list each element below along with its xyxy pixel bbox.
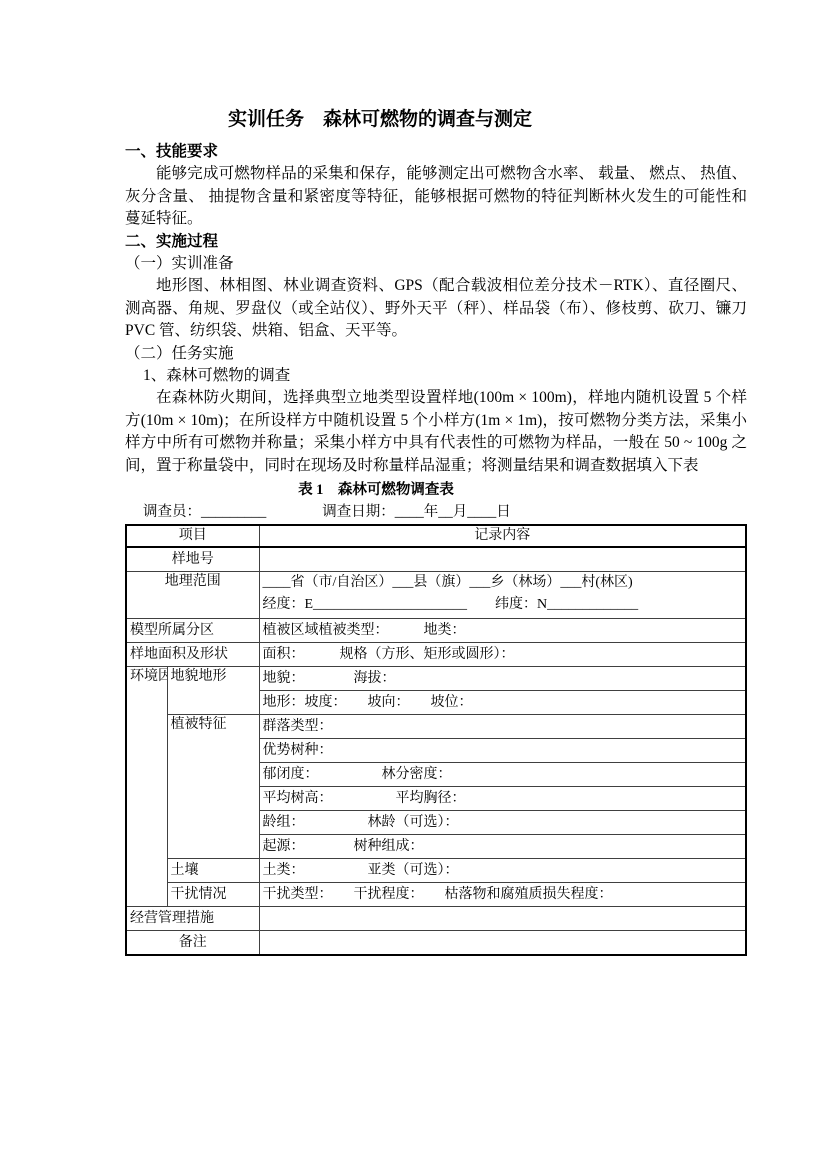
surveyor-label: 调查员：	[143, 502, 201, 522]
table-row: 土壤 土类： 亚类（可选）：	[126, 859, 746, 883]
paragraph-skill: 能够完成可燃物样品的采集和保存，能够测定出可燃物含水率、 载量、 燃点、 热值、…	[125, 163, 747, 230]
cell-soil-value: 土类： 亚类（可选）：	[259, 859, 746, 883]
survey-date-blank: ____年__月____日	[395, 502, 511, 522]
cell-landform-line1: 地貌： 海拔：	[259, 667, 746, 691]
surveyor-line: 调查员：_________ 调查日期：____年__月____日	[143, 502, 747, 522]
cell-management-label: 经营管理措施	[126, 907, 259, 931]
survey-date-label: 调查日期：	[322, 502, 395, 522]
cell-age-group: 龄组： 林龄（可选）：	[259, 811, 746, 835]
geo-range-line1: ____省（市/自治区）___县（旗）___乡（林场）___村(林区)	[263, 572, 743, 594]
cell-avg-height: 平均树高： 平均胸径：	[259, 787, 746, 811]
cell-community-type: 群落类型：	[259, 715, 746, 739]
section-heading-skill: 一、技能要求	[125, 141, 747, 163]
cell-dominant-species: 优势树种：	[259, 739, 746, 763]
paragraph-equipment: 地形图、林相图、林业调查资料、GPS（配合载波相位差分技术－RTK）、直径圈尺、…	[125, 275, 747, 342]
cell-remarks-label: 备注	[126, 931, 259, 956]
cell-origin: 起源： 树种组成：	[259, 835, 746, 859]
table-header-record: 记录内容	[259, 525, 746, 547]
cell-model-zone-label: 模型所属分区	[126, 619, 259, 643]
cell-landform-label: 地貌地形	[167, 667, 259, 715]
table-row: 地理范围 ____省（市/自治区）___县（旗）___乡（林场）___村(林区)…	[126, 572, 746, 619]
table-row: 环境因子 地貌地形 地貌： 海拔：	[126, 667, 746, 691]
page-title: 实训任务 森林可燃物的调查与测定	[125, 106, 747, 134]
cell-geo-range-value: ____省（市/自治区）___县（旗）___乡（林场）___村(林区) 经度：E…	[259, 572, 746, 619]
cell-geo-range-label: 地理范围	[126, 572, 259, 619]
table-row: 干扰情况 干扰类型： 干扰程度： 枯落物和腐殖质损失程度：	[126, 883, 746, 907]
table-row: 植被特征 群落类型：	[126, 715, 746, 739]
cell-plot-area-value: 面积： 规格（方形、矩形或圆形）：	[259, 643, 746, 667]
cell-plot-no-label: 样地号	[126, 547, 259, 572]
document-page: 实训任务 森林可燃物的调查与测定 一、技能要求 能够完成可燃物样品的采集和保存，…	[0, 0, 826, 1169]
cell-canopy-density: 郁闭度： 林分密度：	[259, 763, 746, 787]
table-header-row: 项目 记录内容	[126, 525, 746, 547]
cell-disturbance-label: 干扰情况	[167, 883, 259, 907]
geo-range-line2: 经度：E______________________ 纬度：N_________…	[263, 594, 743, 616]
surveyor-blank: _________	[201, 502, 266, 522]
survey-table: 项目 记录内容 样地号 地理范围 ____省（市/自治区）___县（旗）___乡…	[125, 524, 747, 956]
cell-disturbance-value: 干扰类型： 干扰程度： 枯落物和腐殖质损失程度：	[259, 883, 746, 907]
cell-soil-label: 土壤	[167, 859, 259, 883]
cell-plot-no-value	[259, 547, 746, 572]
cell-remarks-value	[259, 931, 746, 956]
subheading-preparation: （一）实训准备	[125, 253, 747, 275]
section-heading-process: 二、实施过程	[125, 231, 747, 253]
table-row: 模型所属分区 植被区域植被类型： 地类：	[126, 619, 746, 643]
cell-env-factor-label: 环境因子	[126, 667, 167, 907]
table-row: 样地号	[126, 547, 746, 572]
table-row: 样地面积及形状 面积： 规格（方形、矩形或圆形）：	[126, 643, 746, 667]
table-caption: 表 1 森林可燃物调查表	[125, 480, 747, 500]
cell-plot-area-label: 样地面积及形状	[126, 643, 259, 667]
subheading-fuel-survey: 1、森林可燃物的调查	[143, 365, 747, 387]
paragraph-survey-method: 在森林防火期间，选择典型立地类型设置样地(100m × 100m)，样地内随机设…	[125, 387, 747, 477]
cell-landform-line2: 地形：坡度： 坡向： 坡位：	[259, 691, 746, 715]
table-row: 经营管理措施	[126, 907, 746, 931]
cell-management-value	[259, 907, 746, 931]
cell-model-zone-value: 植被区域植被类型： 地类：	[259, 619, 746, 643]
subheading-implementation: （二）任务实施	[125, 343, 747, 365]
table-row: 备注	[126, 931, 746, 956]
cell-vegetation-label: 植被特征	[167, 715, 259, 859]
table-header-item: 项目	[126, 525, 259, 547]
